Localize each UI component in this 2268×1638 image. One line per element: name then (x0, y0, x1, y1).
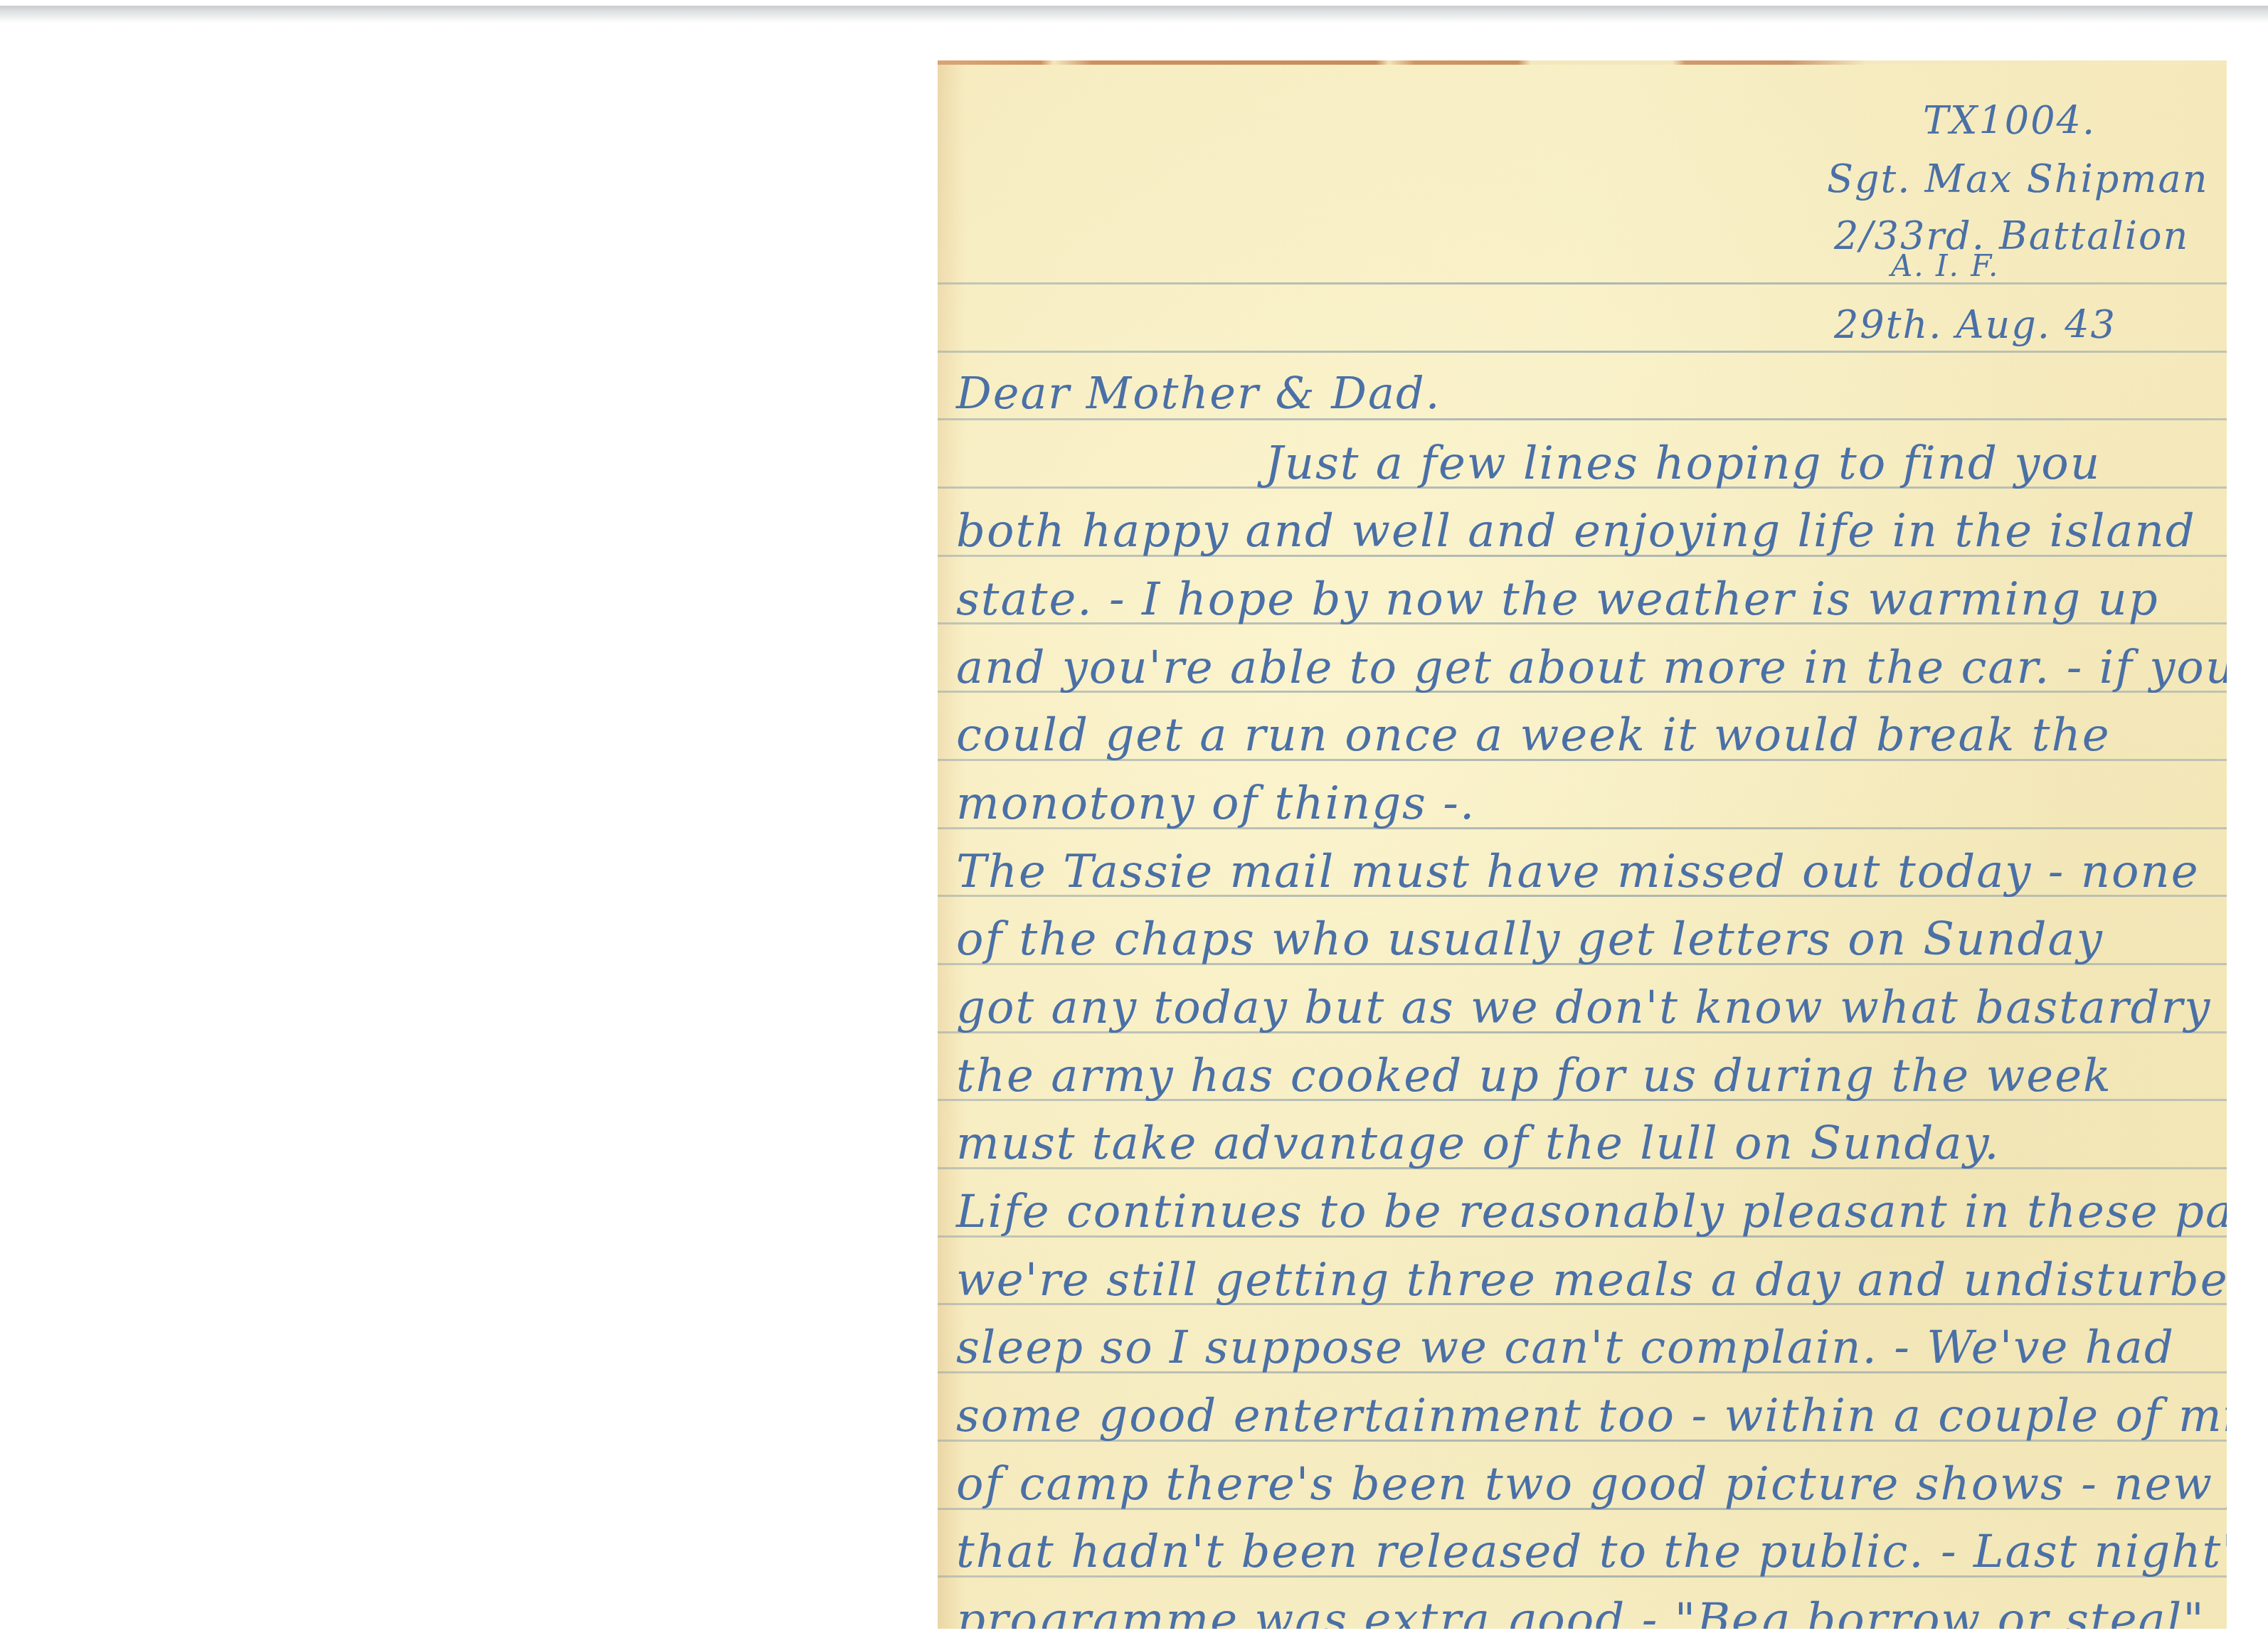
letter-page: TX1004. Sgt. Max Shipman 2/33rd. Battali… (938, 60, 2227, 1629)
letter-line: sleep so I suppose we can't complain. - … (956, 1325, 2175, 1371)
scanner-edge-shadow (0, 6, 2268, 23)
sender-unit-sub: A. I. F. (1891, 251, 1999, 281)
sender-unit: 2/33rd. Battalion (1834, 217, 2189, 255)
letter-line: some good entertainment too - within a c… (956, 1393, 2227, 1439)
torn-top-edge (938, 60, 2227, 65)
letter-line: that hadn't been released to the public.… (956, 1529, 2227, 1575)
letter-date: 29th. Aug. 43 (1834, 306, 2116, 344)
letter-line: the army has cooked up for us during the… (956, 1053, 2112, 1099)
letter-line: and you're able to get about more in the… (956, 645, 2227, 691)
letter-line: Life continues to be reasonably pleasant… (956, 1189, 2227, 1235)
letter-line: programme was extra good - "Beg borrow o… (956, 1597, 2205, 1629)
sender-name: Sgt. Max Shipman (1827, 160, 2208, 198)
letter-line: state. - I hope by now the weather is wa… (956, 577, 2159, 622)
letter-line: both happy and well and enjoying life in… (956, 509, 2196, 554)
letter-line: of the chaps who usually get letters on … (956, 917, 2104, 962)
letter-line: of camp there's been two good picture sh… (956, 1462, 2227, 1507)
letter-line: got any today but as we don't know what … (956, 985, 2211, 1031)
salutation: Dear Mother & Dad. (956, 371, 1441, 415)
service-number: TX1004. (1923, 102, 2096, 140)
ruled-line (938, 282, 2227, 284)
ruled-line (938, 351, 2227, 353)
letter-line: we're still getting three meals a day an… (956, 1257, 2227, 1303)
letter-line: monotony of things -. (956, 781, 1475, 826)
letter-line: Just a few lines hoping to find you (1265, 441, 2101, 486)
letter-line: must take advantage of the lull on Sunda… (956, 1121, 2001, 1166)
letter-line: could get a run once a week it would bre… (956, 713, 2111, 758)
letter-line: The Tassie mail must have missed out tod… (956, 849, 2200, 895)
